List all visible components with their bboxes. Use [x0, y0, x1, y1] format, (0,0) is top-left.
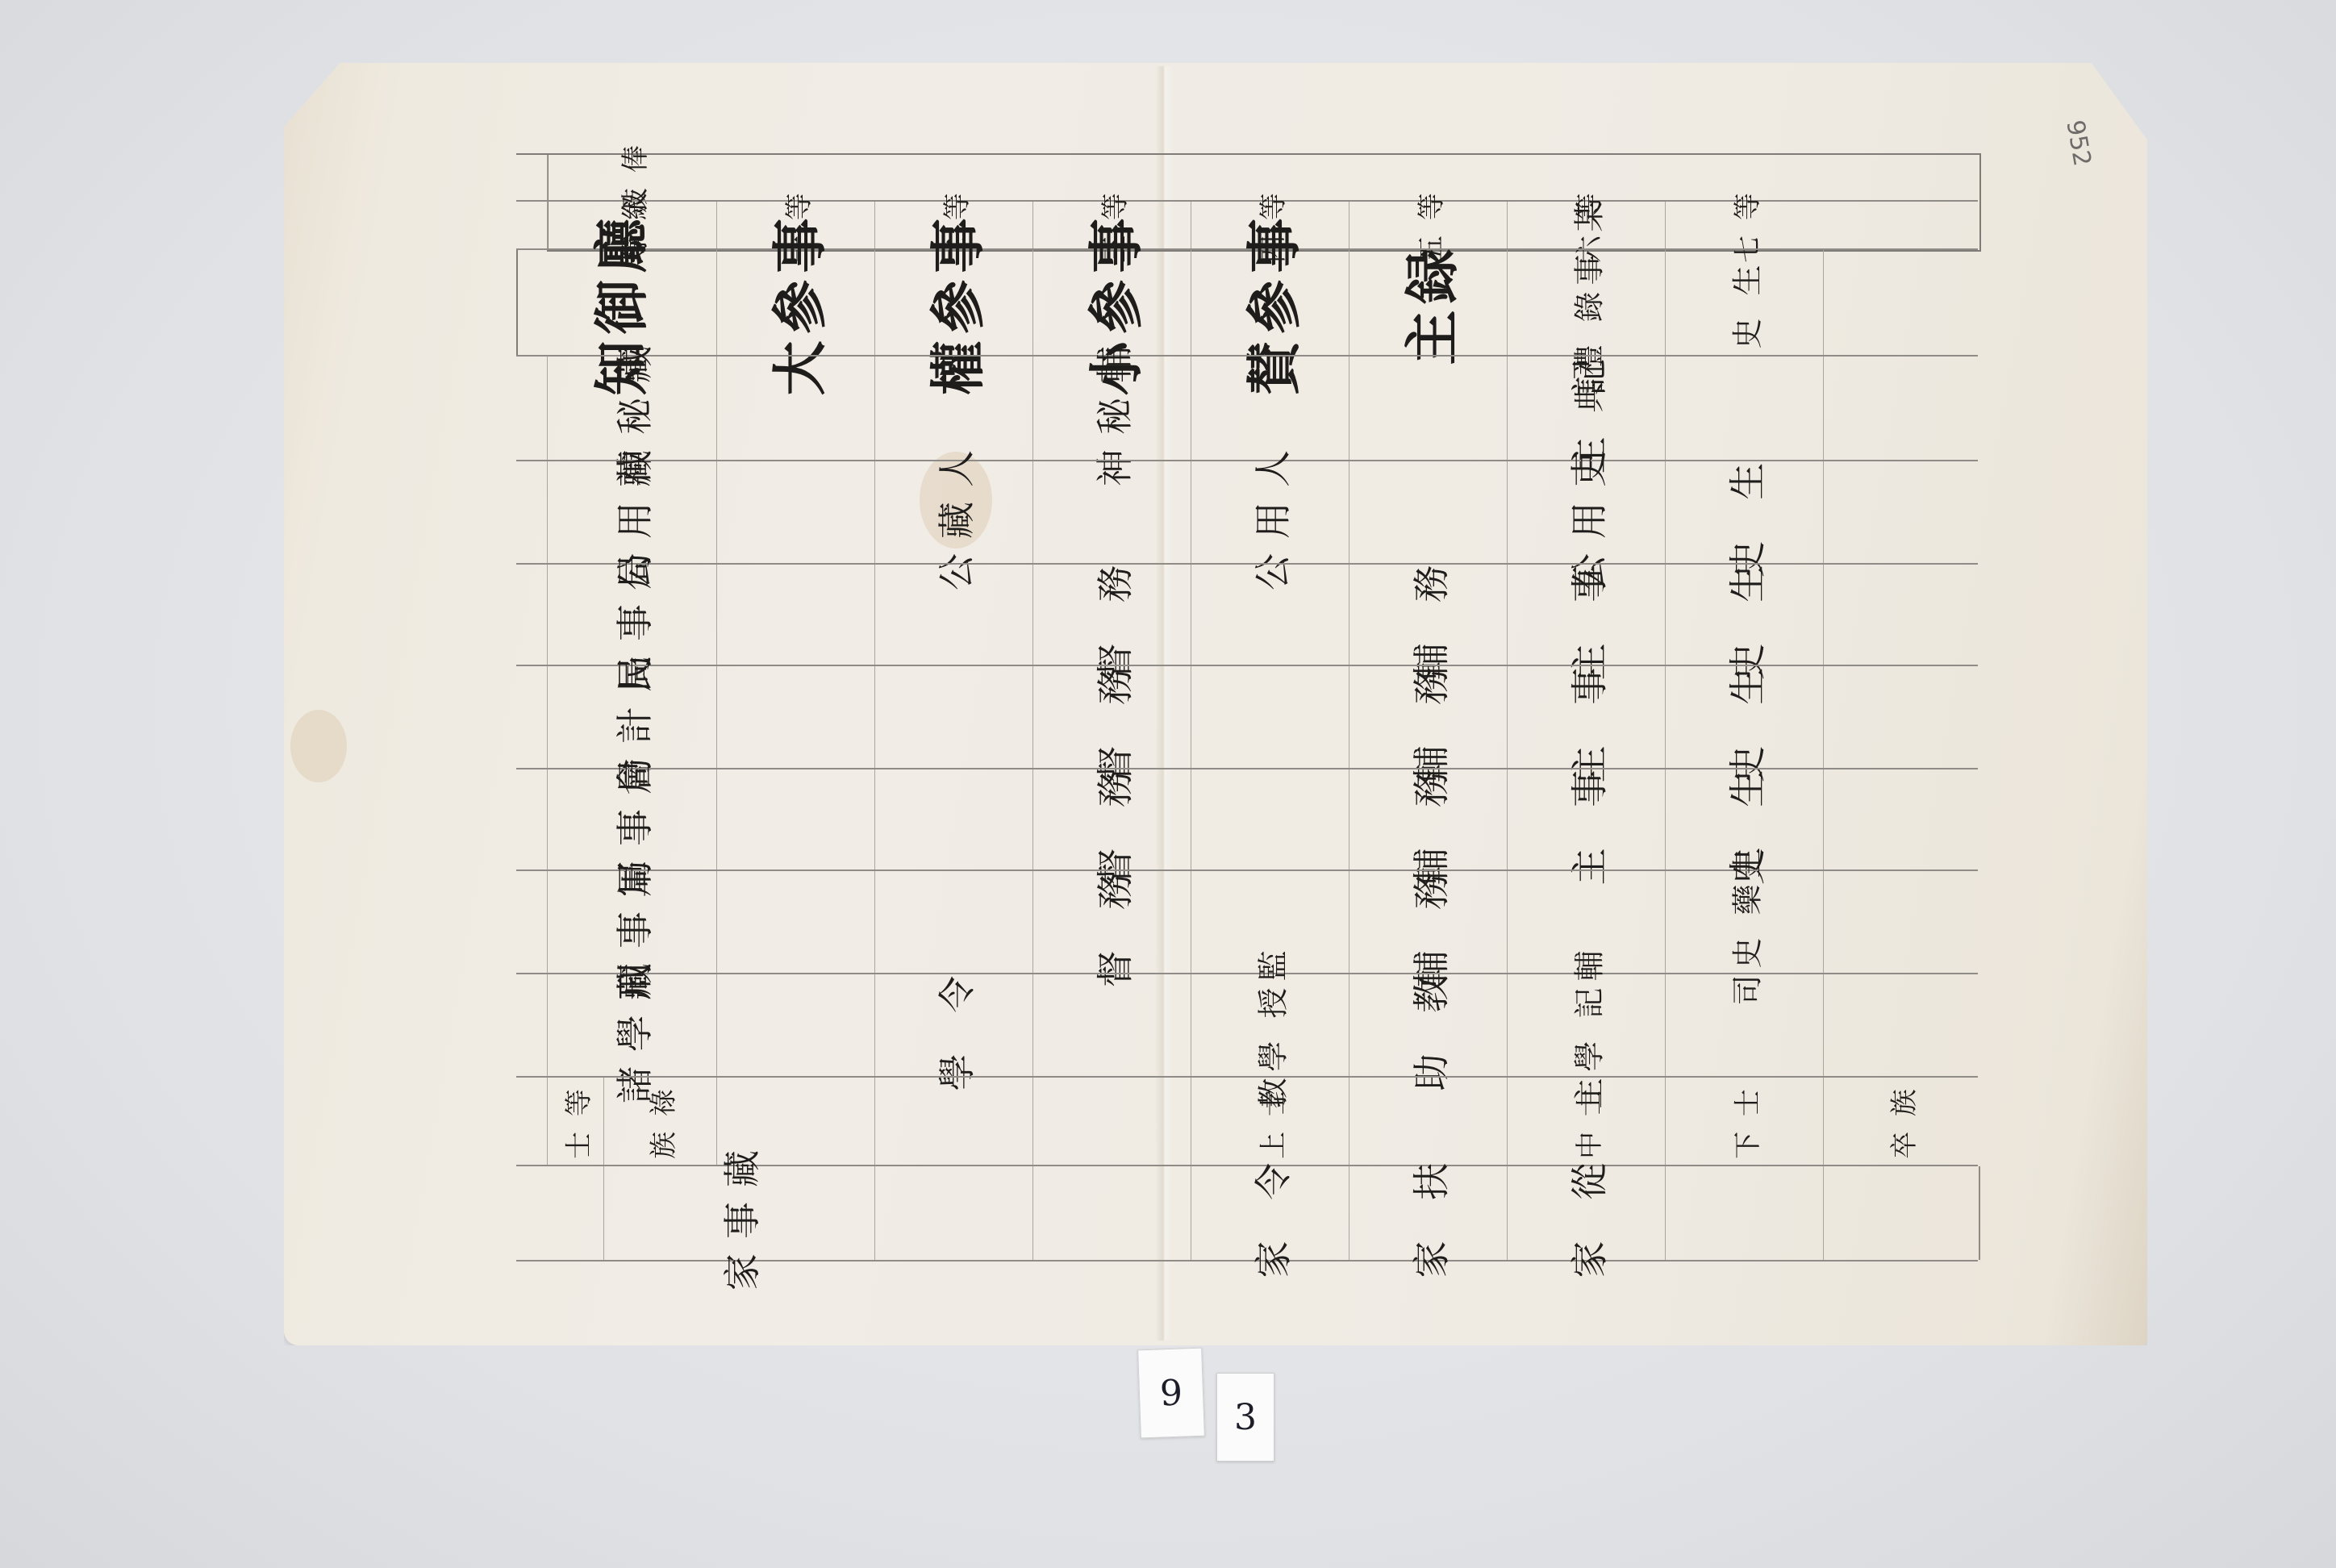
office-name: 諸學藏 — [547, 974, 717, 1078]
post-cell: 主學 記輔 — [1507, 974, 1666, 1078]
post-cell: 史 生 — [1665, 666, 1824, 769]
empty-cell — [1823, 461, 1979, 565]
post-cell: 輔 務 — [1349, 769, 1508, 871]
post-cell: 典禮 錄事 某 — [1507, 250, 1666, 357]
post-cell — [1191, 565, 1349, 666]
empty-cell — [1823, 250, 1979, 357]
post-cell — [716, 769, 875, 871]
post-cell: 輔 務 — [1349, 565, 1508, 666]
post-cell: 輔 務 — [1349, 871, 1508, 974]
post-cell — [1665, 1166, 1824, 1260]
rank-cell — [874, 1078, 1033, 1166]
post-cell — [1665, 974, 1824, 1078]
paper-stain — [290, 710, 347, 782]
post-cell — [1032, 974, 1191, 1078]
post-cell — [1191, 666, 1349, 769]
post-cell — [716, 461, 875, 565]
house-row: 家事藏 家 令 家 扶 家 從 — [516, 1165, 1978, 1261]
post-cell — [874, 1166, 1033, 1260]
post-cell: 權參事 — [874, 250, 1033, 357]
post-cell — [716, 871, 875, 974]
post-cell — [874, 565, 1033, 666]
office-row: 公用藏 公藏人 公用人 公用吏 史 生 — [516, 460, 1978, 565]
post-cell — [716, 974, 875, 1078]
empty-cell — [1823, 974, 1979, 1078]
rank-cell: 下 士 — [1665, 1078, 1824, 1166]
post-cell: 史 生 — [1665, 461, 1824, 565]
post-cell — [874, 769, 1033, 871]
post-cell — [874, 871, 1033, 974]
post-cell — [1032, 1166, 1191, 1260]
post-cell: 家 令 — [1191, 1166, 1349, 1260]
post-cell: 督 務 — [1032, 565, 1191, 666]
rank-table: 敍 俸 等 級 一 等 二 等 三 等 四 等 五 等 六 等 七 等 知御廳 … — [516, 153, 1978, 1258]
post-cell — [716, 666, 875, 769]
post-cell: 督 務 — [1032, 666, 1191, 769]
empty-cell — [1823, 565, 1979, 666]
post-cell: 史 生 — [1665, 250, 1824, 357]
rank-cell: 卒 族 — [1823, 1078, 1979, 1166]
rank-cell — [1032, 1078, 1191, 1166]
archive-tag-9: 9 — [1137, 1348, 1205, 1439]
grade-7: 七 等 — [1665, 202, 1824, 250]
post-cell — [1191, 769, 1349, 871]
post-cell: 神秘輔 — [1032, 357, 1191, 461]
post-cell: 賛參事 — [1191, 250, 1349, 357]
post-cell: 督 務 — [1032, 769, 1191, 871]
post-cell: 輔 務 — [1349, 666, 1508, 769]
post-cell: 公用吏 — [1507, 461, 1666, 565]
post-cell — [1349, 461, 1508, 565]
post-cell: 主録 — [1349, 250, 1508, 357]
post-cell: 公藏人 — [874, 461, 1033, 565]
rank-label-bottom: 族 祿 — [603, 1078, 717, 1166]
rank-label-top: 士 等 — [547, 1078, 604, 1166]
empty-cell — [1823, 666, 1979, 769]
post-cell — [1823, 1166, 1980, 1260]
post-cell: 助 教 — [1349, 974, 1508, 1078]
post-cell: 學 令 — [874, 974, 1033, 1078]
post-cell: 史 生 — [1665, 565, 1824, 666]
post-cell: 家 扶 — [1349, 1166, 1508, 1260]
office-name: 家事藏 — [603, 1166, 875, 1260]
post-cell — [1665, 357, 1824, 461]
post-cell: 大參事 — [716, 250, 875, 357]
post-cell: 司史 藥生 — [1665, 871, 1824, 974]
post-cell — [1032, 461, 1191, 565]
post-cell — [716, 565, 875, 666]
office-row: 刑事局 督 務 輔 務 司史 藥生 — [516, 869, 1978, 974]
post-cell — [716, 357, 875, 461]
office-row: 知御廳 大參事 權參事 小參事 賛參事 主録 典禮 錄事 某 史 生 — [516, 248, 1978, 357]
empty-cell — [1823, 871, 1979, 974]
archive-tag-3: 3 — [1216, 1373, 1274, 1462]
office-row: 諸學藏 學 令 教學 授監 助 教 主學 記輔 — [516, 973, 1978, 1078]
post-cell: 主 事 — [1507, 666, 1666, 769]
post-cell: 主 事 — [1507, 769, 1666, 871]
post-cell — [1349, 357, 1508, 461]
post-cell: 主 事 — [1507, 565, 1666, 666]
post-cell: 督 務 — [1032, 871, 1191, 974]
post-cell: 教學 授監 — [1191, 974, 1349, 1078]
empty-cell — [1823, 769, 1979, 871]
office-row: 民事局 督 務 輔 務 主 事 史 生 — [516, 563, 1978, 666]
post-cell: 公用人 — [1191, 461, 1349, 565]
post-cell: 家 從 — [1507, 1166, 1666, 1260]
post-cell — [874, 666, 1033, 769]
office-row: 會計局 督 務 輔 務 主 事 史 生 — [516, 665, 1978, 769]
empty-cell — [1823, 357, 1979, 461]
